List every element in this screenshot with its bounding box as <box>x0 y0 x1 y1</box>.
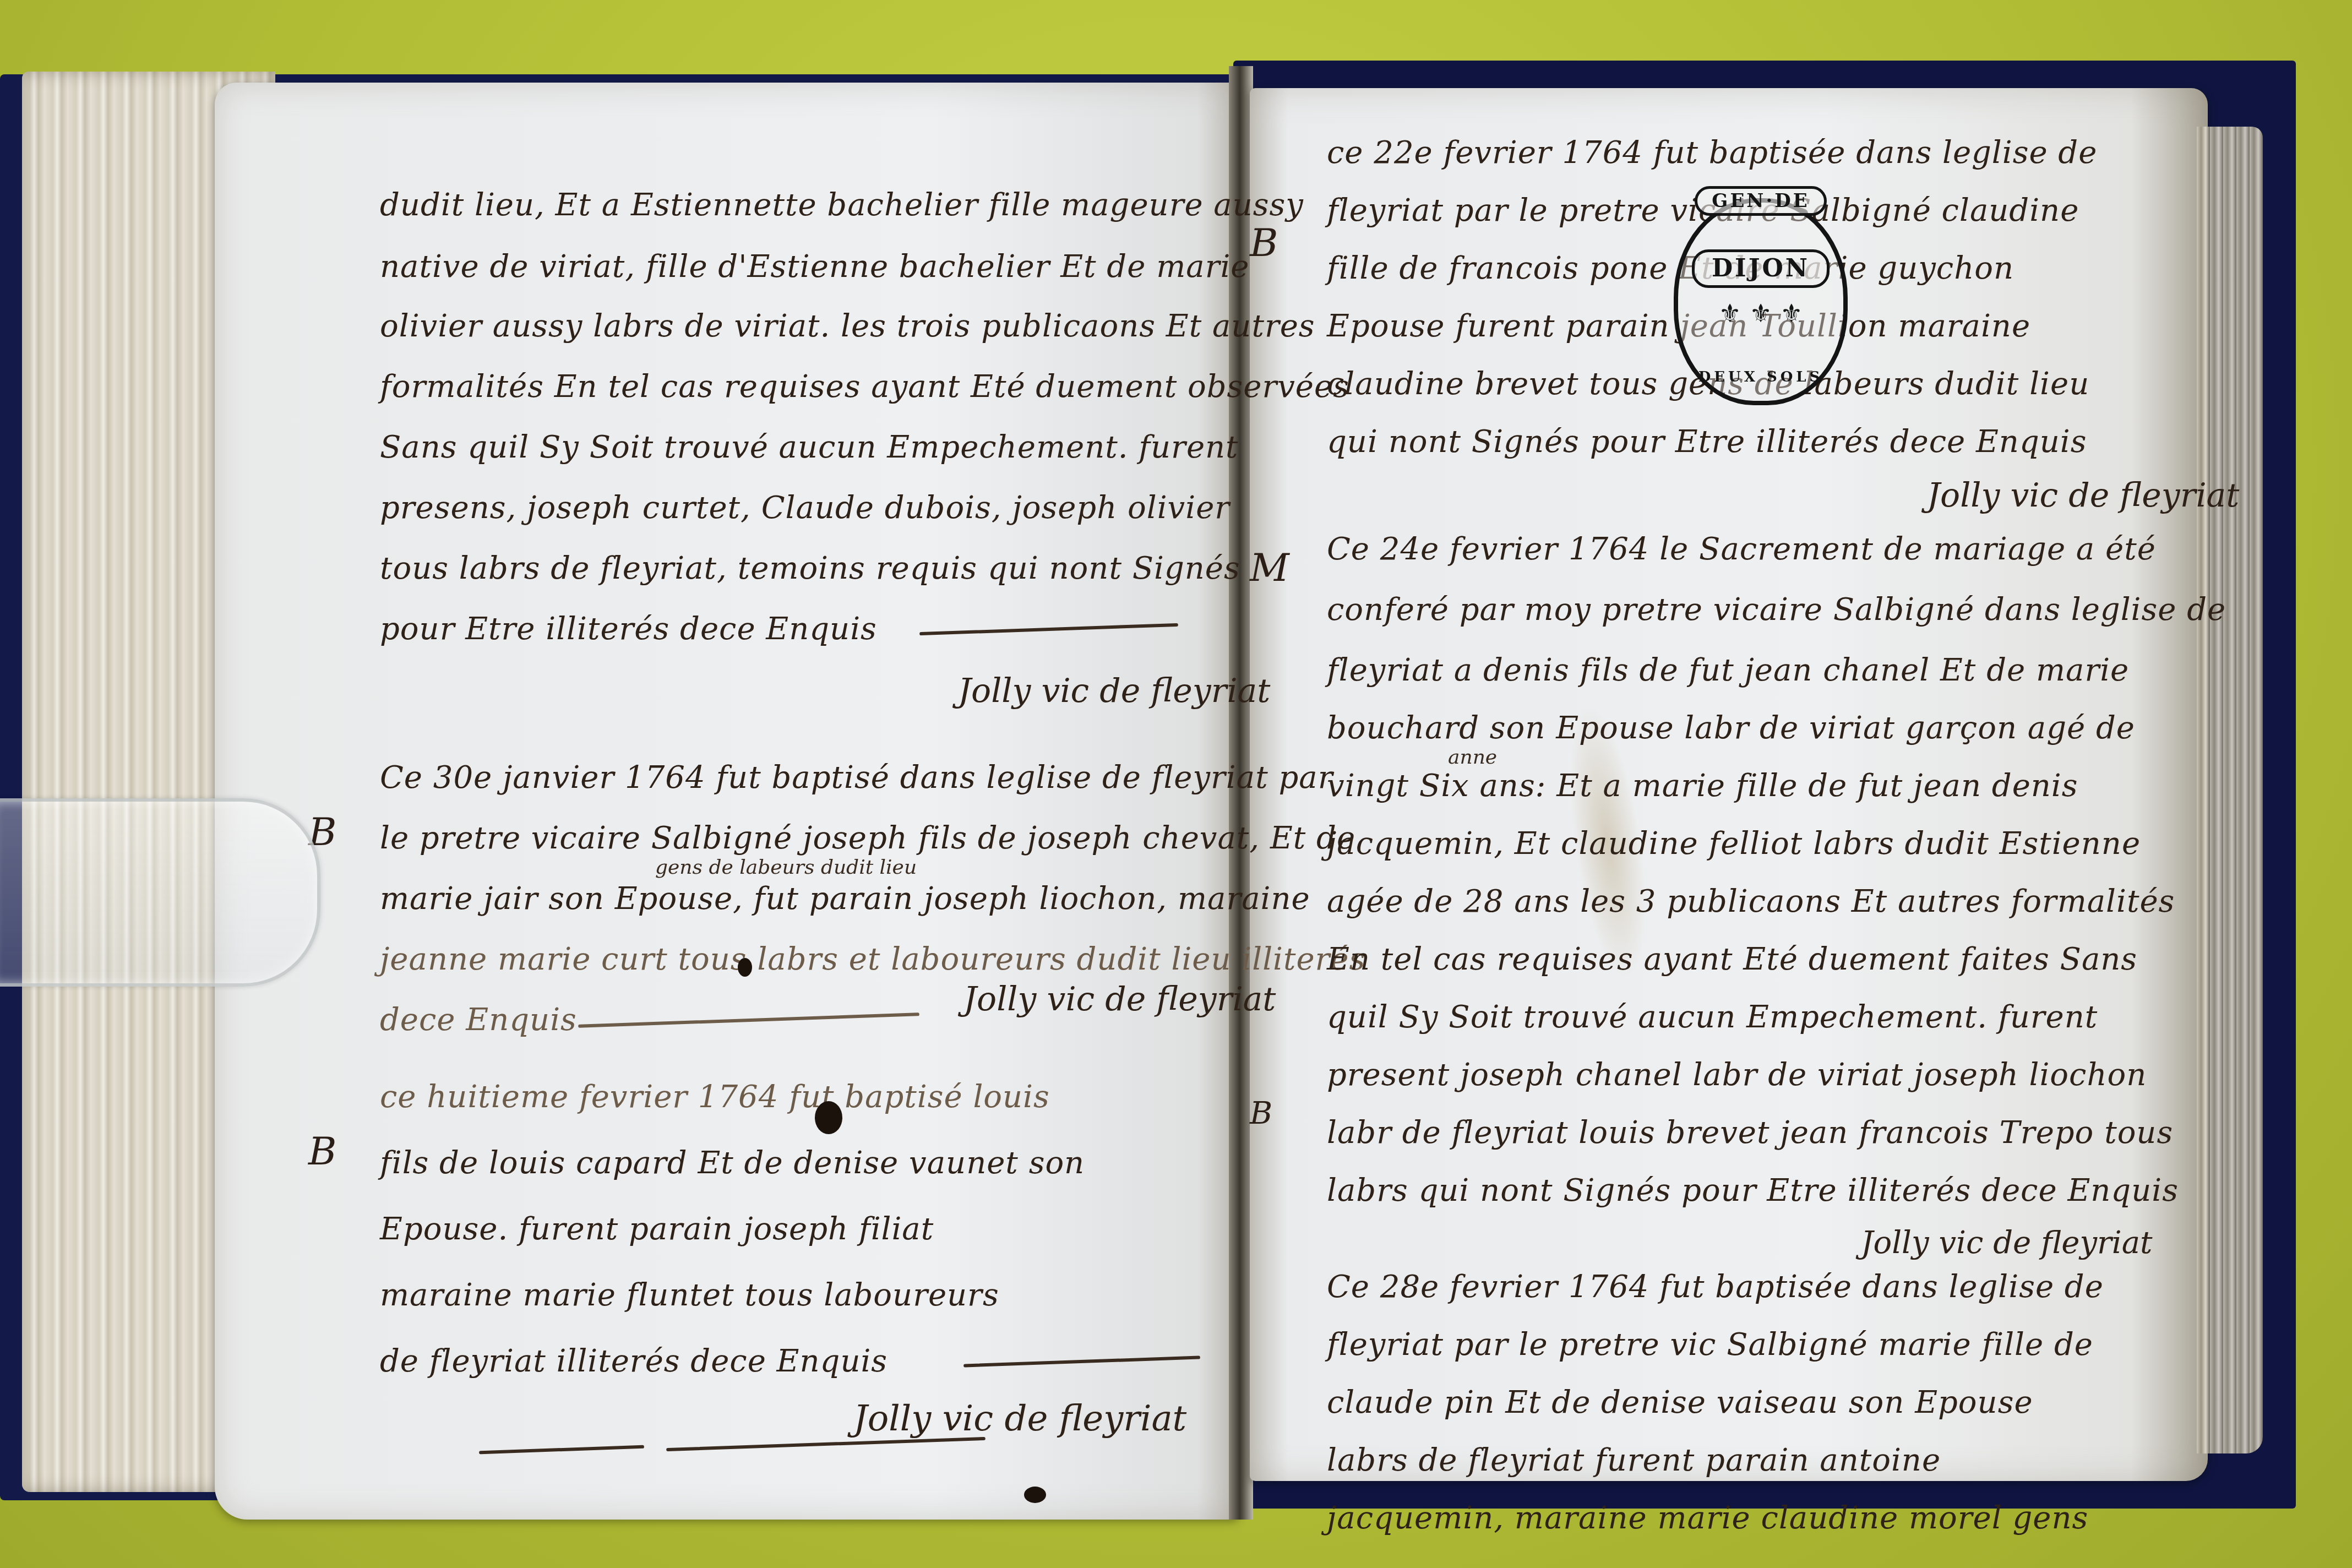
text-line: pour Etre illiterés dece Enquis <box>380 611 877 647</box>
signature-jolly: Jolly vic de fleyriat <box>958 672 1270 710</box>
text-line: marie jair son Epouse, fut parain joseph… <box>380 881 1310 917</box>
right-page-edges <box>2197 127 2263 1453</box>
text-line: jacquemin, Et claudine felliot labrs dud… <box>1327 826 2141 862</box>
text-line: bouchard son Epouse labr de viriat garço… <box>1327 710 2135 746</box>
text-line: ce huitieme fevrier 1764 fut baptisé lou… <box>380 1079 1050 1115</box>
signature-jolly: Jolly vic de fleyriat <box>963 980 1276 1019</box>
text-line: olivier aussy labrs de viriat. les trois… <box>380 308 1315 344</box>
text-line: labrs qui nont Signés pour Etre illiteré… <box>1327 1173 2179 1208</box>
ink-blot <box>815 1101 842 1134</box>
text-line: presens, joseph curtet, Claude dubois, j… <box>380 490 1230 526</box>
margin-mark-marriage: M <box>1250 545 1289 590</box>
text-line: tous labrs de fleyriat, temoins requis q… <box>380 551 1240 586</box>
text-line: ce 22e fevrier 1764 fut baptisée dans le… <box>1327 135 2097 171</box>
text-line: Epouse. furent parain joseph filiat <box>380 1211 934 1247</box>
signature-jolly: Jolly vic de fleyriat <box>1927 476 2239 515</box>
text-line: formalités En tel cas requises ayant Eté… <box>380 369 1349 405</box>
text-line: maraine marie fluntet tous laboureurs <box>380 1277 999 1313</box>
text-line: jeanne marie curt tous labrs et laboureu… <box>380 941 1365 977</box>
text-line: Ce 30e janvier 1764 fut baptisé dans leg… <box>380 760 1333 796</box>
text-line: fleyriat a denis fils de fut jean chanel… <box>1327 652 2129 688</box>
text-line: agée de 28 ans les 3 publicaons Et autre… <box>1327 884 2175 919</box>
text-line: labrs de fleyriat furent parain antoine <box>1327 1442 1941 1478</box>
text-line: vingt Six ans: Et a marie fille de fut j… <box>1327 768 2078 804</box>
margin-mark-baptism: B <box>1250 220 1278 265</box>
text-line: quil Sy Soit trouvé aucun Empechement. f… <box>1327 999 2098 1035</box>
ink-blot <box>1024 1487 1046 1503</box>
stamp-bottom-text: DEUX SOLS <box>1678 369 1843 385</box>
text-line: fleyriat par le pretre vic Salbigné mari… <box>1327 1327 2093 1363</box>
margin-mark-baptism: B <box>1250 1096 1272 1131</box>
stamp-top-text: GEN·DE <box>1695 186 1827 216</box>
text-line: labr de fleyriat louis brevet jean franc… <box>1327 1115 2173 1151</box>
text-line: Ce 28e fevrier 1764 fut baptisée dans le… <box>1327 1269 2104 1305</box>
text-line: fils de louis capard Et de denise vaunet… <box>380 1145 1085 1181</box>
text-line: fille de francois pone Et de marie guych… <box>1327 251 2014 286</box>
tax-stamp-dijon: GEN·DE DIJON ⚜ ⚜ ⚜ DEUX SOLS <box>1674 198 1848 405</box>
signature-jolly: Jolly vic de fleyriat <box>1861 1225 2153 1261</box>
text-line: dudit lieu, Et a Estiennette bachelier f… <box>380 187 1304 223</box>
transparent-ruler <box>0 798 320 987</box>
text-line: En tel cas requises ayant Eté duement fa… <box>1327 941 2137 977</box>
interlinear-note: gens de labeurs dudit lieu <box>655 856 917 879</box>
text-line: jacquemin, maraine marie claudine morel … <box>1327 1500 2088 1536</box>
text-line: claude pin Et de denise vaiseau son Epou… <box>1327 1385 2033 1420</box>
interlinear-note: anne <box>1448 746 1497 769</box>
text-line: native de viriat, fille d'Estienne bache… <box>380 249 1249 285</box>
text-line: de fleyriat illiterés dece Enquis <box>380 1343 888 1379</box>
text-line: dece Enquis <box>380 1002 577 1038</box>
stamp-middle-text: DIJON <box>1692 249 1830 288</box>
text-line: qui nont Signés pour Etre illiterés dece… <box>1327 424 2087 460</box>
text-line: present joseph chanel labr de viriat jos… <box>1327 1057 2147 1093</box>
margin-mark-baptism: B <box>308 1129 336 1174</box>
text-line: Sans quil Sy Soit trouvé aucun Empecheme… <box>380 429 1239 465</box>
ink-blot <box>738 958 752 977</box>
fleur-de-lis-icon: ⚜ ⚜ ⚜ <box>1678 299 1843 328</box>
text-line: Ce 24e fevrier 1764 le Sacrement de mari… <box>1327 531 2156 567</box>
text-line: conferé par moy pretre vicaire Salbigné … <box>1327 592 2226 628</box>
text-line: le pretre vicaire Salbigné joseph fils d… <box>380 820 1355 856</box>
signature-jolly: Jolly vic de fleyriat <box>853 1398 1186 1439</box>
